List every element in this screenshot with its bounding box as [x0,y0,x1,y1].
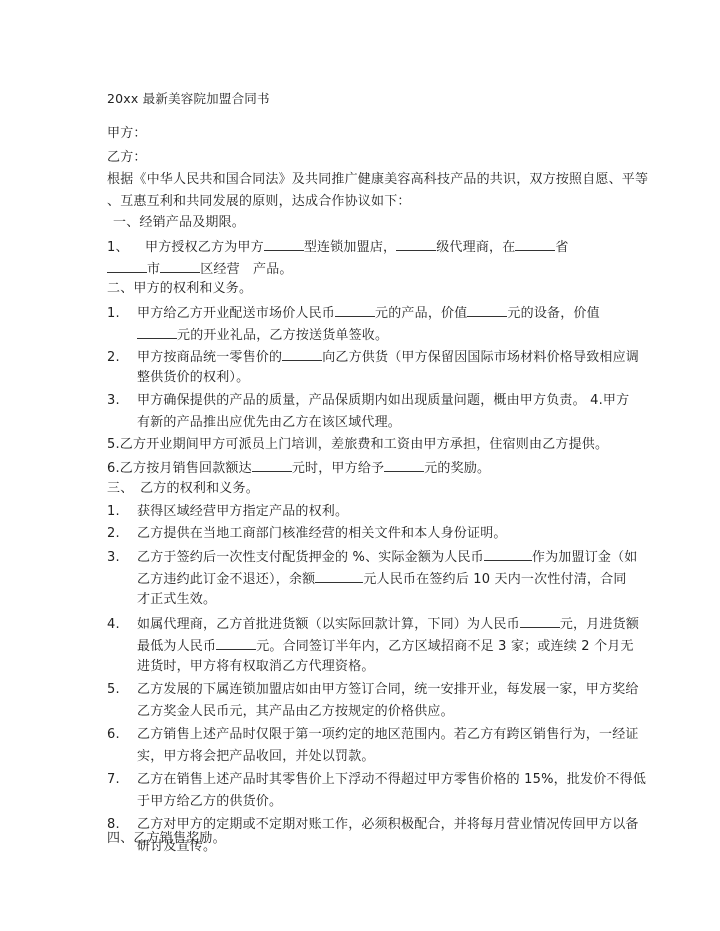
section-2-item-3: 3.甲方确保提供的产品的质量，产品保质期内如出现质量问题，概由甲方负责。 4.甲… [107,393,629,409]
preamble-line-2: 、互惠互利和共同发展的原则，达成合作协议如下： [107,194,411,210]
item-number: 1. [107,306,137,322]
section-2-item-3-cont: 有新的产品推出应优先由乙方在该区域代理。 [137,415,401,431]
section-2-item-5: 5.乙方开业期间甲方可派员上门培训，差旅费和工资由甲方承担，住宿则由乙方提供。 [107,437,608,453]
item-number: 7. [107,772,137,788]
section-3-item-7-cont: 于甲方给乙方的供货价。 [137,794,282,810]
document-page: 20xx 最新美容院加盟合同书 甲方： 乙方： 根据《中华人民共和国合同法》及共… [0,0,720,931]
section-2-item-1: 1.甲方给乙方开业配送市场价人民币元的产品，价值元的设备，价值 [107,304,600,322]
section-3-item-4-cont2: 进货时，甲方将有权取消乙方代理资格。 [137,659,375,675]
section-3-item-2: 2.乙方提供在当地工商部门核准经营的相关文件和本人身份证明。 [107,526,507,542]
blank-field[interactable] [484,548,532,561]
item-number: 2. [107,350,137,366]
item-number: 3. [107,393,137,409]
blank-field[interactable] [515,238,555,251]
section-3-item-1: 1.获得区域经营甲方指定产品的权利。 [107,504,348,520]
party-b-label: 乙方： [107,150,147,166]
preamble-line-1: 根据《中华人民共和国合同法》及共同推广健康美容高科技产品的共识，双方按照自愿、平… [107,172,648,188]
blank-field[interactable] [137,326,177,339]
section-1-heading: 一、经销产品及期限。 [113,215,245,231]
section-2-item-2: 2.甲方按商品统一零售价的向乙方供货（甲方保留因国际市场材料价格导致相应调 [107,348,639,366]
document-title: 20xx 最新美容院加盟合同书 [107,91,270,107]
blank-field[interactable] [520,615,560,628]
item-number: 1、 [107,240,145,256]
blank-field[interactable] [384,459,424,472]
section-3-item-4: 4.如属代理商，乙方首批进货额（以实际回款计算，下同）为人民币元，月进货额 [107,615,639,633]
blank-field[interactable] [160,260,200,273]
blank-field[interactable] [282,348,322,361]
section-2-item-6: 6.乙方按月销售回款额达元时，甲方给予元的奖励。 [107,459,490,477]
blank-field[interactable] [315,570,363,583]
item-number: 1. [107,504,137,520]
blank-field[interactable] [335,304,375,317]
section-3-item-5: 5.乙方发展的下属连锁加盟店如由甲方签订合同，统一安排开业，每发展一家，甲方奖给 [107,682,639,698]
party-a-label: 甲方： [107,126,147,142]
section-4-heading: 四、乙方销售奖励。 [107,831,226,847]
section-3-heading: 三、 乙方的权利和义务。 [107,481,259,497]
section-3-item-7: 7.乙方在销售上述产品时其零售价上下浮动不得超过甲方零售价格的 15%，批发价不… [107,772,646,788]
section-3-item-5-cont: 乙方奖金人民币元，其产品由乙方按规定的价格供应。 [137,704,454,720]
section-1-item-1-cont: 市区经营 产品。 [107,260,293,278]
section-1-item-1: 1、甲方授权乙方为甲方型连锁加盟店，级代理商，在省 [107,238,569,256]
section-3-item-3: 3.乙方于签约后一次性支付配货押金的 %、实际金额为人民币作为加盟订金（如 [107,548,638,566]
item-number: 3. [107,550,137,566]
item-number: 5. [107,682,137,698]
blank-field[interactable] [252,459,292,472]
item-number: 6. [107,727,137,743]
section-3-item-6: 6.乙方销售上述产品时仅限于第一项约定的地区范围内。若乙方有跨区销售行为，一经证 [107,727,639,743]
section-3-item-3-cont: 乙方违约此订金不退还），余额元人民币在签约后 10 天内一次性付清，合同 [137,570,627,588]
blank-field[interactable] [264,238,304,251]
section-3-item-4-cont: 最低为人民币元。合同签订半年内，乙方区域招商不足 3 家；或连续 2 个月无 [137,637,634,655]
section-2-heading: 二、甲方的权利和义务。 [107,281,252,297]
section-2-item-1-cont: 元的开业礼品，乙方按送货单签收。 [137,326,388,344]
section-3-item-3-cont2: 才正式生效。 [137,592,216,608]
blank-field[interactable] [467,304,507,317]
section-3-item-6-cont: 实，甲方将会把产品收回，并处以罚款。 [137,749,375,765]
item-number: 2. [107,526,137,542]
item-number: 4. [107,617,137,633]
blank-field[interactable] [396,238,436,251]
section-2-item-2-cont: 整供货价的权利）。 [137,370,249,386]
blank-field[interactable] [107,260,147,273]
blank-field[interactable] [216,637,256,650]
